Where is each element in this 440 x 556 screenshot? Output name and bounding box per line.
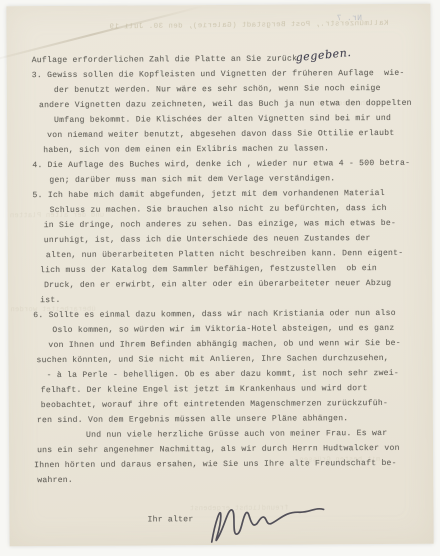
closing-salutation: Ihr alter	[147, 515, 193, 524]
bleed-through-header: Kallmünzerstr., Post Bergstadt (Galerie)…	[58, 20, 388, 32]
letter-body: Auflage erforderlichen Zahl die Platte a…	[32, 49, 421, 488]
opening-typed-text: Auflage erforderlichen Zahl die Platte a…	[32, 55, 298, 66]
letter-closing: Ihr alter	[34, 501, 420, 553]
letter-line: von niemand weiter benutzt, abgesehen da…	[47, 126, 418, 143]
letter-line: beobachtet, worauf ihre oft eintretenden…	[41, 396, 420, 413]
letter-line: 4. Die Auflage des Buches wird, denke ic…	[32, 156, 418, 173]
letter-line: Druck, den er erwirbt, ein alter oder ei…	[44, 276, 419, 293]
handwritten-correction: gegeben.	[294, 45, 351, 65]
scan-background: Kallmünzerstr., Post Bergstadt (Galerie)…	[0, 0, 440, 556]
letter-lines: 3. Gewiss sollen die Kopfleisten und Vig…	[32, 66, 421, 488]
letter-line: wahren.	[37, 471, 420, 488]
letter-page: Kallmünzerstr., Post Bergstadt (Galerie)…	[6, 4, 433, 547]
letter-line: Ihnen hörten und daraus ersahen, wie Sie…	[34, 456, 420, 473]
signature	[201, 493, 335, 555]
